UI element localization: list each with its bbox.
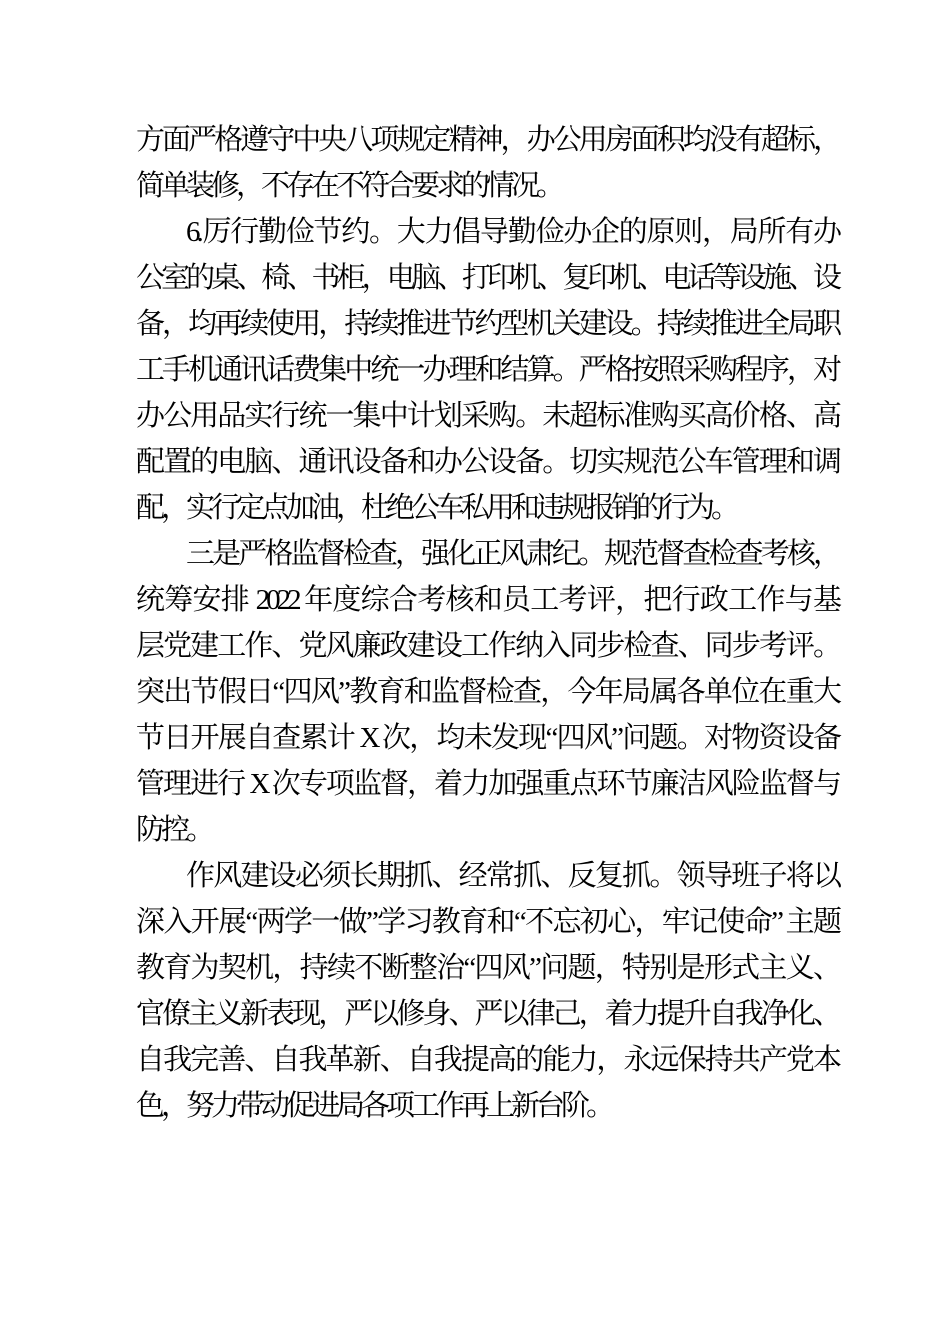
document-page: 方面严格遵守中央八项规定精神，办公用房面积均没有超标，简单装修，不存在不符合要求… [0, 0, 950, 1344]
text-line: 自我完善、自我革新、自我提高的能力，永远保持共产党本 [136, 1037, 838, 1083]
text-line: 三是严格监督检查，强化正风肃纪。规范督查检查考核， [136, 531, 838, 577]
text-line: 官僚主义新表现，严以修身、严以律己，着力提升自我净化、 [136, 991, 838, 1037]
text-line: 备，均再续使用，持续推进节约型机关建设。持续推进全局职 [136, 301, 838, 347]
text-line: 统筹安排 2022 年度综合考核和员工考评，把行政工作与基 [136, 577, 838, 623]
document-body: 方面严格遵守中央八项规定精神，办公用房面积均没有超标，简单装修，不存在不符合要求… [136, 117, 838, 1129]
text-line: 作风建设必须长期抓、经常抓、反复抓。领导班子将以 [136, 853, 838, 899]
text-line: 节日开展自查累计 X 次，均未发现“四风”问题。对物资设备 [136, 715, 838, 761]
text-line: 层党建工作、党风廉政建设工作纳入同步检查、同步考评。 [136, 623, 838, 669]
text-line: 6.厉行勤俭节约。大力倡导勤俭办企的原则，局所有办 [136, 209, 838, 255]
text-line: 管理进行 X 次专项监督，着力加强重点环节廉洁风险监督与 [136, 761, 838, 807]
text-line: 工手机通讯话费集中统一办理和结算。严格按照采购程序，对 [136, 347, 838, 393]
text-line: 深入开展“两学一做”学习教育和“不忘初心，牢记使命” 主题 [136, 899, 838, 945]
text-line: 防控。 [136, 807, 838, 853]
text-line: 色，努力带动促进局各项工作再上新台阶。 [136, 1083, 838, 1129]
text-line: 教育为契机，持续不断整治“四风”问题，特别是形式主义、 [136, 945, 838, 991]
text-line: 配，实行定点加油，杜绝公车私用和违规报销的行为。 [136, 485, 838, 531]
text-line: 配置的电脑、通讯设备和办公设备。切实规范公车管理和调 [136, 439, 838, 485]
text-line: 办公用品实行统一集中计划采购。未超标准购买高价格、高 [136, 393, 838, 439]
text-line: 简单装修，不存在不符合要求的情况。 [136, 163, 838, 209]
text-line: 方面严格遵守中央八项规定精神，办公用房面积均没有超标， [136, 117, 838, 163]
text-line: 公室的桌、椅、书柜，电脑、打印机、复印机、电话等设施、设 [136, 255, 838, 301]
text-line: 突出节假日“四风”教育和监督检查，今年局属各单位在重大 [136, 669, 838, 715]
